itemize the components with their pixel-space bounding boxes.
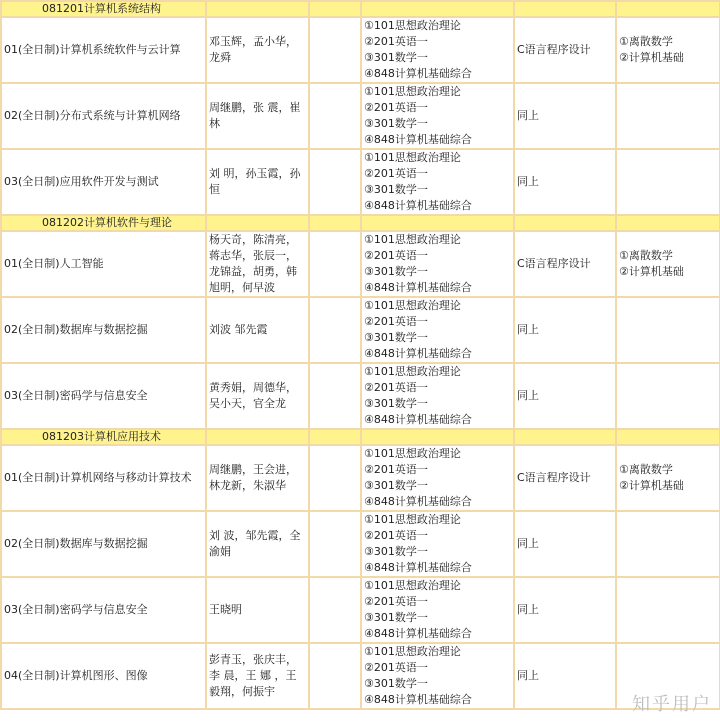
table-row: 01(全日制)计算机系统软件与云计算邓玉辉，孟小华，龙舜①101思想政治理论②2… [1,17,720,83]
additional-subjects [616,577,720,643]
header-empty-cell [361,429,514,445]
advisors: 王晓明 [206,577,309,643]
advisors: 周继鹏，王会进，林龙新，朱淑华 [206,445,309,511]
header-empty-cell [514,429,616,445]
exam-subject: ④848计算机基础综合 [364,560,511,576]
retest-subject: 同上 [514,643,616,709]
exam-subject: ①101思想政治理论 [364,578,511,594]
exam-subject: ①101思想政治理论 [364,150,511,166]
retest-subject: C语言程序设计 [514,17,616,83]
exam-subjects: ①101思想政治理论②201英语一③301数学一④848计算机基础综合 [361,511,514,577]
exam-subject: ①101思想政治理论 [364,644,511,660]
advisors: 刘波 邹先霞 [206,297,309,363]
advisors: 黄秀娟，周德华，吴小天，官全龙 [206,363,309,429]
research-direction: 02(全日制)数据库与数据挖掘 [1,297,206,363]
advisors: 杨天奇，陈清亮，蒋志华，张辰一，龙锦益，胡勇，韩旭明，何早波 [206,231,309,297]
exam-subject: ①101思想政治理论 [364,364,511,380]
advisors: 周继鹏，张 震，崔林 [206,83,309,149]
empty-cell [309,83,361,149]
exam-subjects: ①101思想政治理论②201英语一③301数学一④848计算机基础综合 [361,149,514,215]
exam-subject: ①101思想政治理论 [364,84,511,100]
exam-subject: ③301数学一 [364,676,511,692]
advisors: 刘 波，邹先霞，全渝娟 [206,511,309,577]
section-header-row: 081202计算机软件与理论 [1,215,720,231]
additional-subjects [616,149,720,215]
section-header-row: 081201计算机系统结构 [1,1,720,17]
research-direction: 01(全日制)人工智能 [1,231,206,297]
exam-subjects: ①101思想政治理论②201英语一③301数学一④848计算机基础综合 [361,83,514,149]
header-empty-cell [309,429,361,445]
exam-subject: ③301数学一 [364,50,511,66]
table-body: 081201计算机系统结构01(全日制)计算机系统软件与云计算邓玉辉，孟小华，龙… [1,1,720,709]
retest-subject: C语言程序设计 [514,231,616,297]
empty-cell [309,445,361,511]
exam-subject: ②201英语一 [364,314,511,330]
additional-subject: ①离散数学 [619,34,717,50]
exam-subject: ①101思想政治理论 [364,446,511,462]
exam-subject: ④848计算机基础综合 [364,132,511,148]
research-direction: 01(全日制)计算机网络与移动计算技术 [1,445,206,511]
exam-subject: ④848计算机基础综合 [364,346,511,362]
exam-subject: ④848计算机基础综合 [364,626,511,642]
header-empty-cell [206,429,309,445]
additional-subject: ①离散数学 [619,462,717,478]
exam-subject: ②201英语一 [364,100,511,116]
header-empty-cell [616,1,720,17]
additional-subjects: ①离散数学②计算机基础 [616,231,720,297]
exam-subject: ②201英语一 [364,462,511,478]
header-empty-cell [206,1,309,17]
admissions-table: 081201计算机系统结构01(全日制)计算机系统软件与云计算邓玉辉，孟小华，龙… [0,0,720,710]
header-empty-cell [616,215,720,231]
watermark: 知乎用户 [632,690,712,716]
exam-subject: ④848计算机基础综合 [364,494,511,510]
exam-subject: ③301数学一 [364,330,511,346]
exam-subjects: ①101思想政治理论②201英语一③301数学一④848计算机基础综合 [361,297,514,363]
header-empty-cell [514,1,616,17]
table-row: 03(全日制)应用软件开发与测试刘 明，孙玉霞，孙恒①101思想政治理论②201… [1,149,720,215]
section-header-row: 081203计算机应用技术 [1,429,720,445]
advisors: 彭青玉，张庆丰，李 晨，王 娜 ，王毅翔，何振宇 [206,643,309,709]
table-row: 03(全日制)密码学与信息安全王晓明①101思想政治理论②201英语一③301数… [1,577,720,643]
header-empty-cell [361,215,514,231]
exam-subject: ①101思想政治理论 [364,512,511,528]
additional-subjects [616,83,720,149]
empty-cell [309,149,361,215]
exam-subject: ③301数学一 [364,264,511,280]
table-row: 03(全日制)密码学与信息安全黄秀娟，周德华，吴小天，官全龙①101思想政治理论… [1,363,720,429]
retest-subject: 同上 [514,297,616,363]
exam-subject: ④848计算机基础综合 [364,66,511,82]
retest-subject: 同上 [514,577,616,643]
empty-cell [309,577,361,643]
empty-cell [309,511,361,577]
additional-subjects [616,363,720,429]
research-direction: 02(全日制)数据库与数据挖掘 [1,511,206,577]
exam-subjects: ①101思想政治理论②201英语一③301数学一④848计算机基础综合 [361,445,514,511]
section-title: 081202计算机软件与理论 [1,215,206,231]
empty-cell [309,297,361,363]
exam-subject: ②201英语一 [364,594,511,610]
empty-cell [309,363,361,429]
table-row: 02(全日制)数据库与数据挖掘刘 波，邹先霞，全渝娟①101思想政治理论②201… [1,511,720,577]
header-empty-cell [514,215,616,231]
header-empty-cell [309,215,361,231]
exam-subject: ②201英语一 [364,528,511,544]
retest-subject: C语言程序设计 [514,445,616,511]
exam-subject: ③301数学一 [364,544,511,560]
additional-subjects: ①离散数学②计算机基础 [616,17,720,83]
empty-cell [309,231,361,297]
header-empty-cell [361,1,514,17]
empty-cell [309,643,361,709]
advisors: 刘 明，孙玉霞，孙恒 [206,149,309,215]
research-direction: 03(全日制)应用软件开发与测试 [1,149,206,215]
additional-subject: ②计算机基础 [619,264,717,280]
exam-subject: ④848计算机基础综合 [364,692,511,708]
exam-subject: ②201英语一 [364,34,511,50]
exam-subject: ③301数学一 [364,478,511,494]
retest-subject: 同上 [514,149,616,215]
empty-cell [309,17,361,83]
additional-subjects [616,297,720,363]
retest-subject: 同上 [514,83,616,149]
research-direction: 01(全日制)计算机系统软件与云计算 [1,17,206,83]
exam-subject: ③301数学一 [364,610,511,626]
header-empty-cell [616,429,720,445]
exam-subject: ②201英语一 [364,248,511,264]
exam-subjects: ①101思想政治理论②201英语一③301数学一④848计算机基础综合 [361,17,514,83]
exam-subjects: ①101思想政治理论②201英语一③301数学一④848计算机基础综合 [361,577,514,643]
research-direction: 03(全日制)密码学与信息安全 [1,363,206,429]
table-row: 04(全日制)计算机图形、图像彭青玉，张庆丰，李 晨，王 娜 ，王毅翔，何振宇①… [1,643,720,709]
header-empty-cell [309,1,361,17]
additional-subject: ①离散数学 [619,248,717,264]
research-direction: 04(全日制)计算机图形、图像 [1,643,206,709]
exam-subject: ④848计算机基础综合 [364,198,511,214]
research-direction: 03(全日制)密码学与信息安全 [1,577,206,643]
exam-subject: ③301数学一 [364,116,511,132]
additional-subject: ②计算机基础 [619,478,717,494]
advisors: 邓玉辉，孟小华，龙舜 [206,17,309,83]
exam-subjects: ①101思想政治理论②201英语一③301数学一④848计算机基础综合 [361,363,514,429]
additional-subject: ②计算机基础 [619,50,717,66]
exam-subject: ④848计算机基础综合 [364,412,511,428]
exam-subject: ③301数学一 [364,396,511,412]
exam-subject: ②201英语一 [364,166,511,182]
exam-subject: ②201英语一 [364,380,511,396]
table-row: 02(全日制)数据库与数据挖掘刘波 邹先霞①101思想政治理论②201英语一③3… [1,297,720,363]
section-title: 081201计算机系统结构 [1,1,206,17]
exam-subject: ④848计算机基础综合 [364,280,511,296]
exam-subject: ①101思想政治理论 [364,232,511,248]
header-empty-cell [206,215,309,231]
retest-subject: 同上 [514,363,616,429]
table-row: 01(全日制)计算机网络与移动计算技术周继鹏，王会进，林龙新，朱淑华①101思想… [1,445,720,511]
retest-subject: 同上 [514,511,616,577]
section-title: 081203计算机应用技术 [1,429,206,445]
exam-subject: ①101思想政治理论 [364,18,511,34]
exam-subject: ③301数学一 [364,182,511,198]
exam-subjects: ①101思想政治理论②201英语一③301数学一④848计算机基础综合 [361,231,514,297]
additional-subjects: ①离散数学②计算机基础 [616,445,720,511]
exam-subjects: ①101思想政治理论②201英语一③301数学一④848计算机基础综合 [361,643,514,709]
exam-subject: ①101思想政治理论 [364,298,511,314]
exam-subject: ②201英语一 [364,660,511,676]
table-row: 01(全日制)人工智能杨天奇，陈清亮，蒋志华，张辰一，龙锦益，胡勇，韩旭明，何早… [1,231,720,297]
table-row: 02(全日制)分布式系统与计算机网络周继鹏，张 震，崔林①101思想政治理论②2… [1,83,720,149]
additional-subjects [616,511,720,577]
research-direction: 02(全日制)分布式系统与计算机网络 [1,83,206,149]
